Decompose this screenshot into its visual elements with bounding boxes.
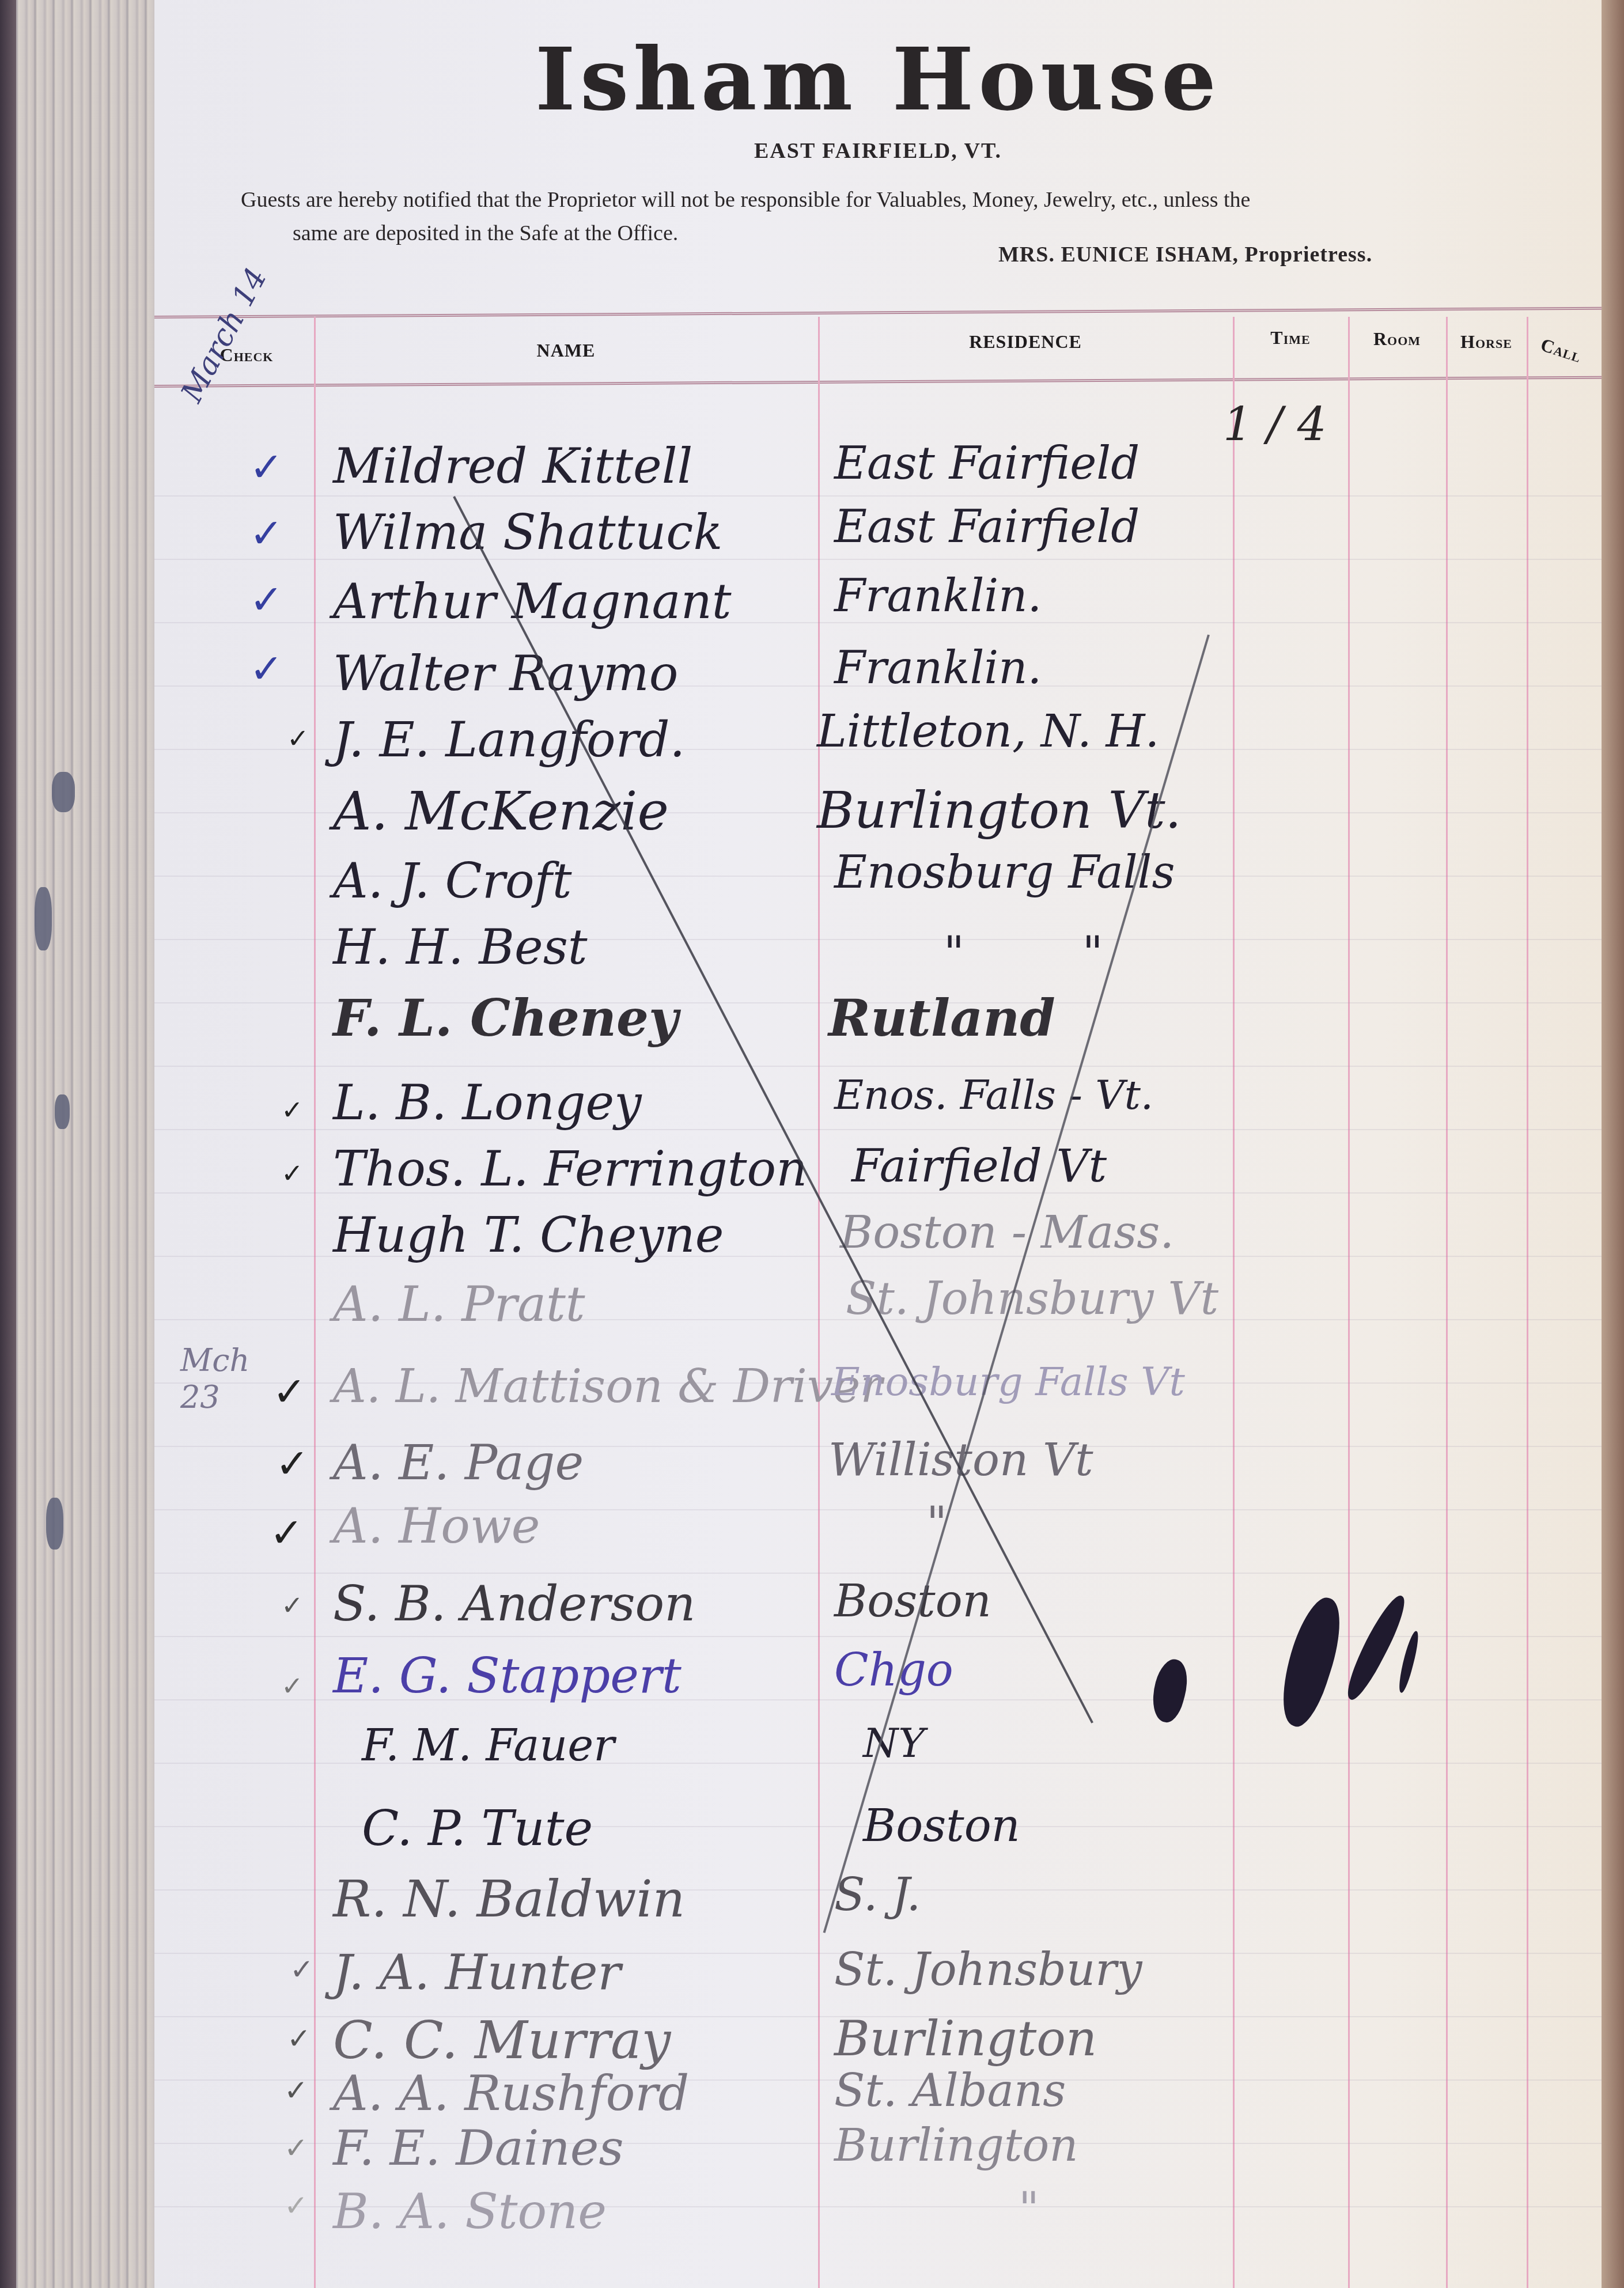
- check-mark: ✓: [270, 1509, 304, 1556]
- guest-name: E. G. Stappert: [333, 1647, 682, 1704]
- check-mark: ✓: [287, 723, 309, 754]
- guest-residence: Burlington Vt.: [817, 781, 1182, 840]
- check-mark: ✓: [275, 1440, 309, 1487]
- guest-residence: Rutland: [828, 988, 1055, 1048]
- hotel-title: Isham House: [154, 29, 1602, 130]
- edge-stain: [55, 1094, 70, 1129]
- guest-residence: Williston Vt: [828, 1434, 1093, 1486]
- guest-residence: Enosburg Falls: [834, 847, 1175, 899]
- guest-name: C. P. Tute: [362, 1800, 593, 1857]
- check-mark: ✓: [281, 1094, 304, 1126]
- edge-stain: [52, 772, 75, 812]
- guest-name: Wilma Shattuck: [333, 504, 722, 560]
- guest-residence: East Fairfield: [834, 501, 1140, 553]
- guest-name: F. M. Fauer: [362, 1719, 614, 1771]
- guest-residence: St. Albans: [834, 2065, 1066, 2117]
- check-mark: ✓: [287, 2022, 311, 2055]
- divider-name-residence: [818, 317, 820, 2288]
- guest-residence: Boston: [863, 1800, 1020, 1852]
- hotel-location: EAST FAIRFIELD, VT.: [154, 138, 1602, 164]
- register-page: Isham House EAST FAIRFIELD, VT. Guests a…: [154, 0, 1602, 2288]
- liability-notice: Guests are hereby notified that the Prop…: [241, 183, 1566, 250]
- guest-name: R. N. Baldwin: [333, 1869, 685, 1929]
- divider-time-room: [1348, 317, 1350, 2288]
- edge-stain: [35, 887, 52, 950]
- check-mark: ✓: [284, 2131, 308, 2165]
- column-header-residence: RESIDENCE: [818, 331, 1233, 353]
- check-mark: ✓: [284, 2074, 308, 2107]
- date-note-mch-23: Mch 23: [180, 1342, 244, 1416]
- guest-residence: Boston: [834, 1575, 991, 1627]
- check-mark: ✓: [249, 444, 283, 491]
- book-right-edge: [1602, 0, 1624, 2288]
- check-mark: ✓: [281, 1158, 304, 1189]
- guest-residence: ": [1019, 2183, 1039, 2235]
- guest-residence: NY: [863, 1719, 925, 1767]
- guest-residence: Enosburg Falls Vt: [831, 1359, 1185, 1405]
- guest-name: A. Howe: [333, 1498, 540, 1554]
- guest-residence: Fairfield Vt: [851, 1141, 1107, 1192]
- guest-name: A. E. Page: [333, 1434, 584, 1491]
- guest-residence: East Fairfield: [834, 438, 1140, 490]
- guest-residence: S. J.: [834, 1869, 921, 1921]
- guest-name: H. H. Best: [333, 919, 588, 975]
- guest-name: F. L. Cheney: [333, 988, 678, 1048]
- guest-residence: Burlington: [834, 2120, 1078, 2172]
- guest-residence: Littleton, N. H.: [817, 706, 1159, 757]
- guest-name: S. B. Anderson: [333, 1575, 695, 1632]
- guest-name: Thos. L. Ferrington: [333, 1141, 807, 1197]
- guest-name: Walter Raymo: [333, 645, 678, 702]
- guest-residence: Chgo: [834, 1645, 953, 1696]
- guest-name: L. B. Longey: [333, 1074, 642, 1131]
- header-rule-top: [154, 307, 1602, 319]
- header-rule-bottom: [154, 376, 1602, 388]
- column-header-room: Room: [1348, 328, 1446, 350]
- column-header-time: Time: [1233, 327, 1348, 348]
- guest-residence: St. Johnsbury: [834, 1944, 1142, 1996]
- check-mark: ✓: [249, 645, 283, 692]
- guest-residence: St. Johnsbury Vt: [846, 1273, 1218, 1325]
- guest-name: A. A. Rushford: [333, 2065, 689, 2122]
- guest-residence: " ": [944, 927, 1103, 979]
- check-mark: ✓: [284, 2189, 308, 2222]
- check-mark: ✓: [290, 1953, 314, 1986]
- ink-blot: [1270, 1592, 1352, 1732]
- guest-name: A. L. Mattison & Driver: [333, 1359, 883, 1413]
- guest-residence: Boston - Mass.: [840, 1207, 1174, 1259]
- book-page-edges: [0, 0, 157, 2288]
- guest-name: C. C. Murray: [333, 2010, 671, 2071]
- time-mark: 1 / 4: [1223, 397, 1327, 451]
- guest-name: B. A. Stone: [333, 2183, 607, 2240]
- column-header-call: Call: [1525, 329, 1597, 371]
- divider-room-horse: [1446, 317, 1448, 2288]
- guest-name: Hugh T. Cheyne: [333, 1207, 724, 1263]
- check-mark: ✓: [249, 576, 283, 623]
- guest-residence: Franklin.: [834, 570, 1042, 622]
- guest-name: J. A. Hunter: [333, 1944, 621, 2001]
- check-mark: ✓: [281, 1590, 304, 1621]
- proprietor-line: MRS. EUNICE ISHAM, Proprietress.: [998, 242, 1372, 267]
- check-mark: ✓: [281, 1670, 304, 1702]
- edge-stain: [46, 1498, 63, 1550]
- guest-name: Arthur Magnant: [333, 573, 732, 630]
- ink-blot: [1395, 1630, 1422, 1694]
- guest-residence: Burlington: [834, 2010, 1097, 2067]
- guest-name: J. E. Langford.: [333, 711, 685, 768]
- ink-blot: [1146, 1656, 1194, 1725]
- divider-check-name: [314, 317, 316, 2288]
- notice-line-1: Guests are hereby notified that the Prop…: [241, 183, 1566, 217]
- guest-residence: Franklin.: [834, 642, 1042, 694]
- guest-residence: Enos. Falls - Vt.: [834, 1071, 1153, 1119]
- check-mark: ✓: [249, 510, 283, 557]
- guest-name: A. J. Croft: [333, 853, 571, 909]
- divider-residence-time: [1233, 317, 1235, 2288]
- column-header-name: NAME: [314, 340, 818, 361]
- divider-horse-call: [1527, 317, 1528, 2288]
- check-mark: ✓: [272, 1368, 306, 1415]
- guest-name: A. L. Pratt: [333, 1276, 585, 1332]
- guest-name: Mildred Kittell: [333, 438, 692, 494]
- guest-name: F. E. Daines: [333, 2120, 624, 2176]
- column-header-horse: Horse: [1446, 331, 1527, 353]
